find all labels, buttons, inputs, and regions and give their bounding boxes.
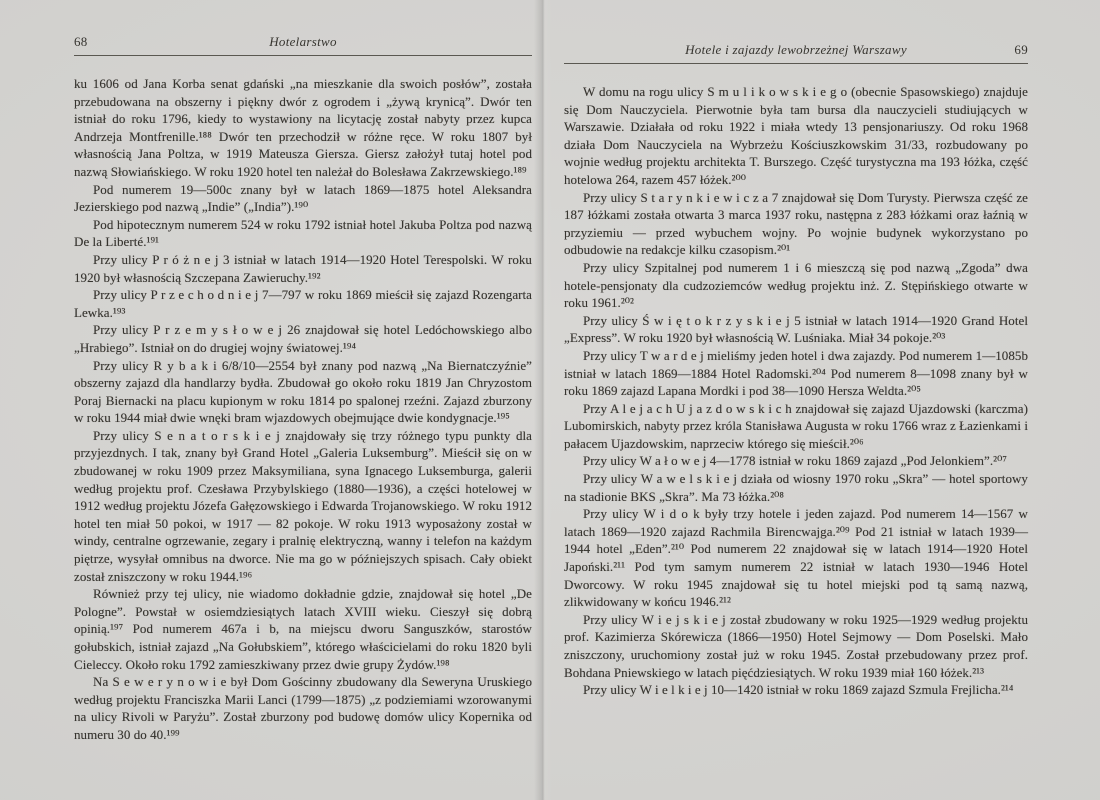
paragraph: W domu na rogu ulicy S m u l i k o w s k… bbox=[564, 83, 1028, 189]
paragraph: Przy ulicy P r z e m y s ł o w e j 26 zn… bbox=[74, 321, 532, 356]
paragraph: Przy ulicy R y b a k i 6/8/10—2554 był z… bbox=[74, 357, 532, 427]
left-page-number: 68 bbox=[74, 34, 269, 50]
right-running-head: Hotele i zajazdy lewobrzeżnej Warszawy bbox=[685, 42, 907, 58]
paragraph: Przy ulicy W a ł o w e j 4—1778 istniał … bbox=[564, 452, 1028, 470]
paragraph: Przy A l e j a c h U j a z d o w s k i c… bbox=[564, 400, 1028, 453]
right-page-number: 69 bbox=[907, 42, 1028, 58]
paragraph: Na S e w e r y n o w i e był Dom Gościnn… bbox=[74, 673, 532, 743]
paragraph: Przy ulicy W i e j s k i e j został zbud… bbox=[564, 611, 1028, 681]
paragraph: Przy ulicy W a w e l s k i e j działa od… bbox=[564, 470, 1028, 505]
paragraph: ku 1606 od Jana Korba senat gdański „na … bbox=[74, 75, 532, 181]
book-spread: 68 Hotelarstwo ku 1606 od Jana Korba sen… bbox=[0, 0, 1100, 800]
paragraph: Przy ulicy Ś w i ę t o k r z y s k i e j… bbox=[564, 312, 1028, 347]
paragraph: Pod hipotecznym numerem 524 w roku 1792 … bbox=[74, 216, 532, 251]
paragraph: Pod numerem 19—500c znany był w latach 1… bbox=[74, 181, 532, 216]
paragraph: Przy ulicy P r ó ż n e j 3 istniał w lat… bbox=[74, 251, 532, 286]
left-page-header: 68 Hotelarstwo bbox=[74, 34, 532, 56]
paragraph: Również przy tej ulicy, nie wiadomo dokł… bbox=[74, 585, 532, 673]
paragraph: Przy ulicy W i e l k i e j 10—1420 istni… bbox=[564, 681, 1028, 699]
left-page-body: ku 1606 od Jana Korba senat gdański „na … bbox=[74, 75, 532, 744]
right-page-body: W domu na rogu ulicy S m u l i k o w s k… bbox=[564, 83, 1028, 699]
left-running-head: Hotelarstwo bbox=[269, 34, 337, 50]
right-page: Hotele i zajazdy lewobrzeżnej Warszawy 6… bbox=[564, 42, 1028, 699]
page-gutter-shadow bbox=[534, 0, 552, 800]
paragraph: Przy ulicy T w a r d e j mieliśmy jeden … bbox=[564, 347, 1028, 400]
paragraph: Przy ulicy P r z e c h o d n i e j 7—797… bbox=[74, 286, 532, 321]
paragraph: Przy ulicy S e n a t o r s k i e j znajd… bbox=[74, 427, 532, 585]
left-page: 68 Hotelarstwo ku 1606 od Jana Korba sen… bbox=[74, 34, 532, 744]
paragraph: Przy ulicy Szpitalnej pod numerem 1 i 6 … bbox=[564, 259, 1028, 312]
paragraph: Przy ulicy S t a r y n k i e w i c z a 7… bbox=[564, 189, 1028, 259]
paragraph: Przy ulicy W i d o k były trzy hotele i … bbox=[564, 505, 1028, 611]
right-page-header: Hotele i zajazdy lewobrzeżnej Warszawy 6… bbox=[564, 42, 1028, 64]
